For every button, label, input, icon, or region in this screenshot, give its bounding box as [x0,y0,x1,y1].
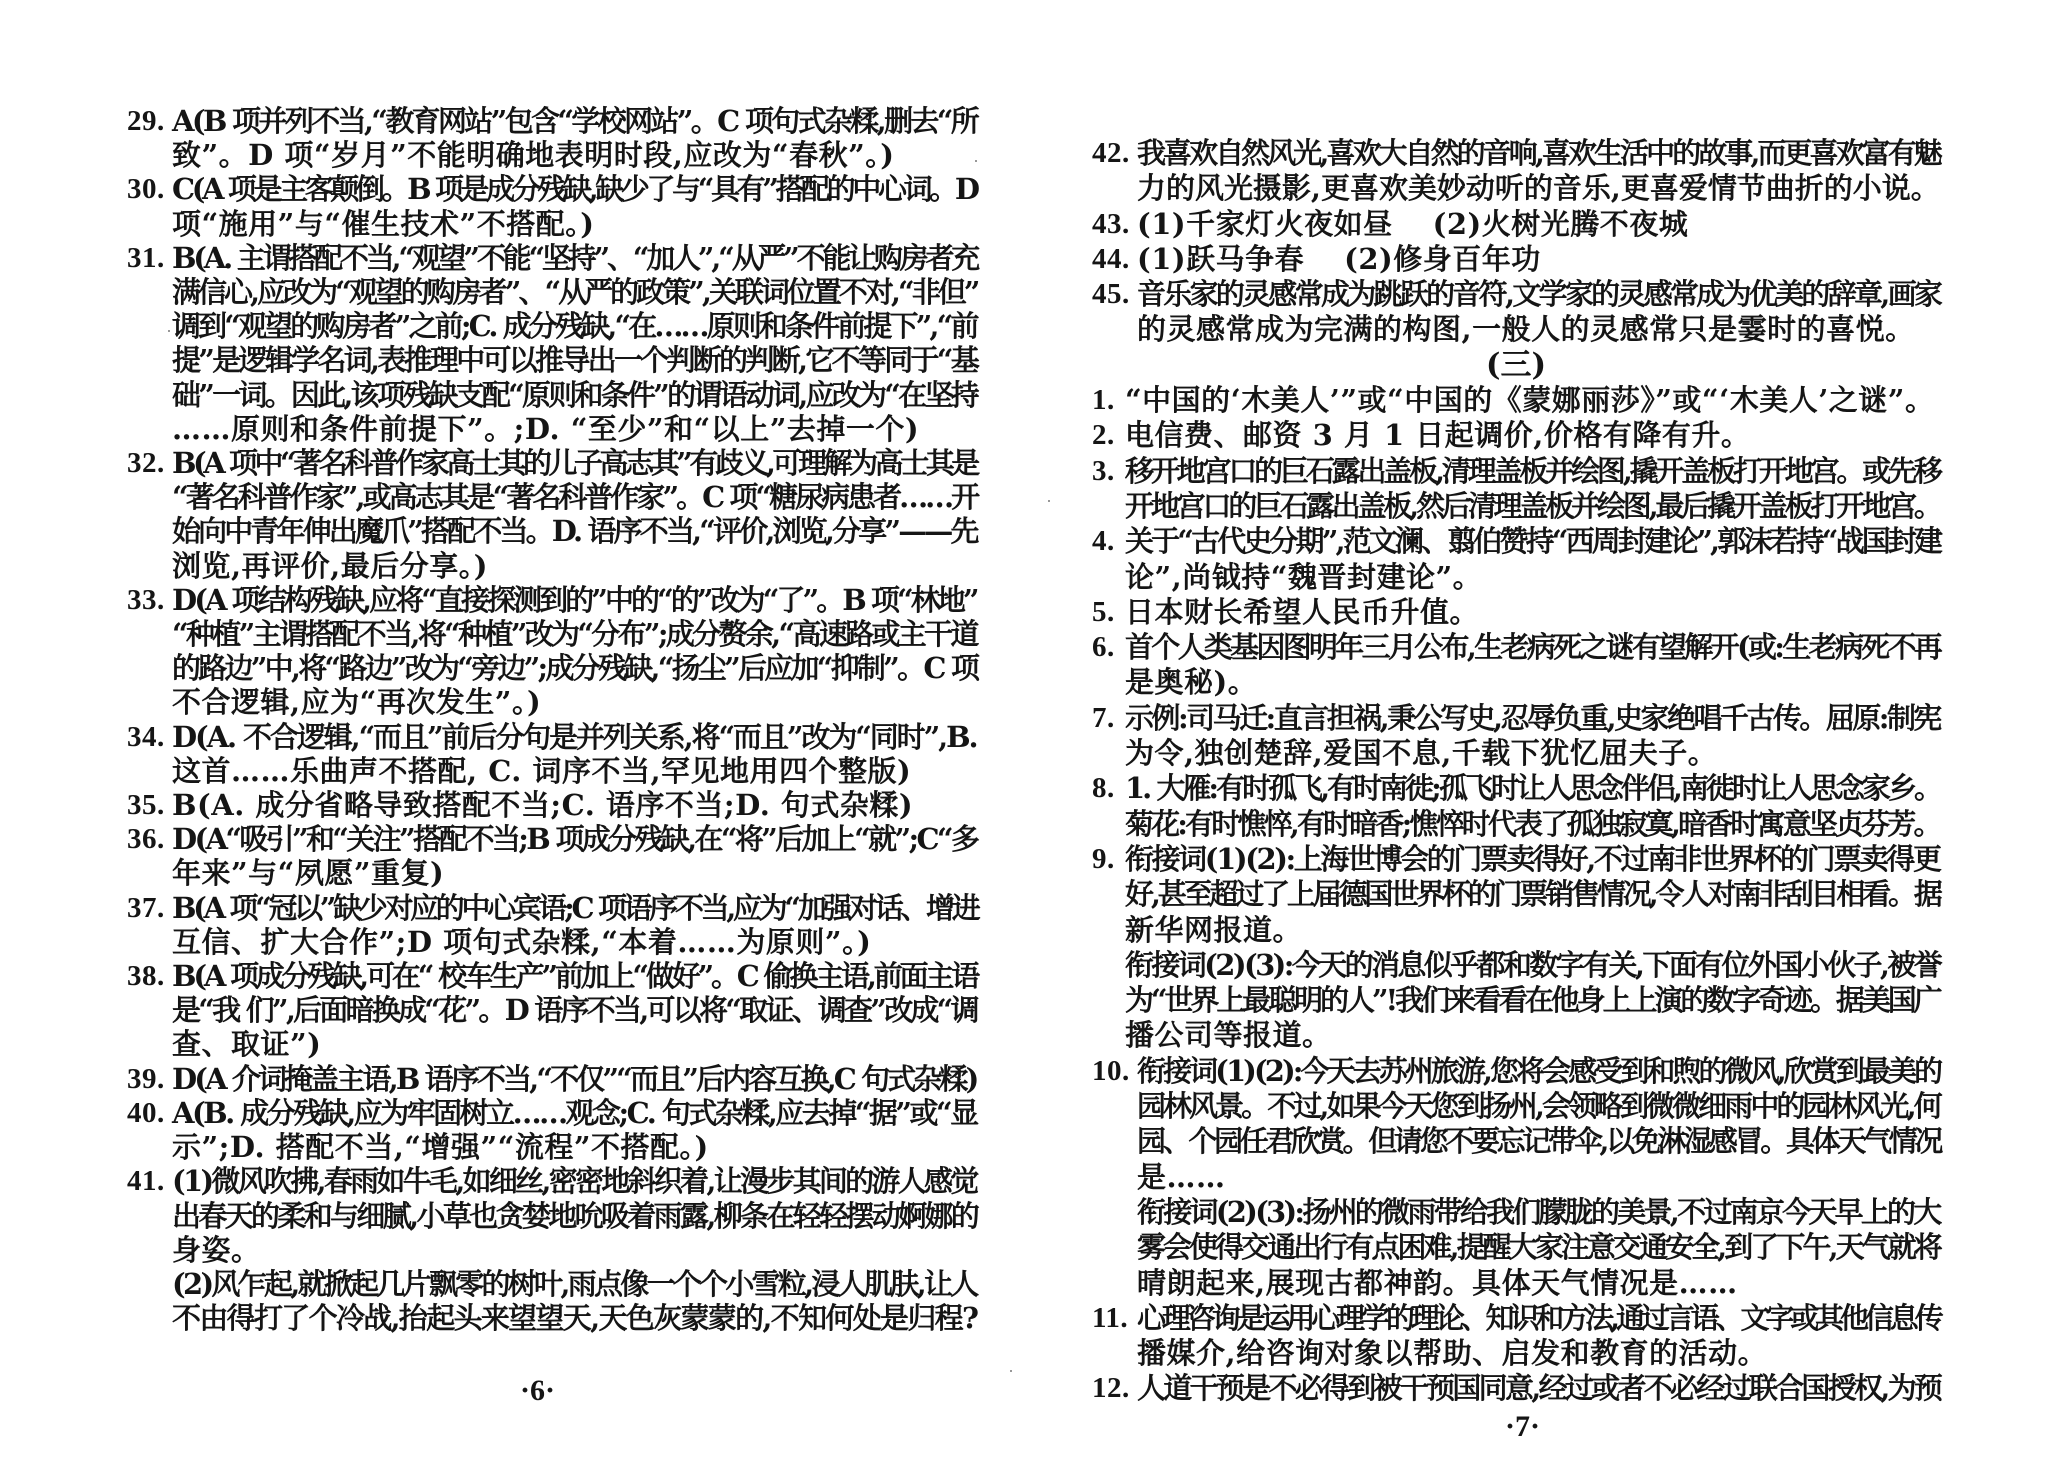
scan-speck [1010,1370,1012,1372]
text-line: 力的风光摄影,更喜欢美妙动听的音乐,更喜爱情节曲折的小说。 [1137,171,1940,206]
text-line: 示例:司马迁:直言担祸,秉公写史,忍辱负重,史家绝唱千古传。屈原:制宪 [1125,701,1940,736]
item-number: 9. [1092,842,1115,877]
answer-item: 7.示例:司马迁:直言担祸,秉公写史,忍辱负重,史家绝唱千古传。屈原:制宪为令,… [1092,701,1940,772]
item-number: 7. [1092,701,1115,736]
scan-speck [975,160,977,162]
text-line: 开地宫口的巨石露出盖板,然后清理盖板并绘图,最后撬开盖板打开地宫。 [1125,489,1940,524]
text-line: 衔接词(2)(3):今天的消息似乎都和数字有关,下面有位外国小伙子,被誉 [1125,948,1940,983]
answer-part: (2)火树光腾不夜城 [1433,207,1689,241]
text-line: 我喜欢自然风光,喜欢大自然的音响,喜欢生活中的故事,而更喜欢富有魅 [1137,136,1940,171]
item-text: 电信费、邮资 3 月 1 日起调价,价格有降有升。 [1125,418,1940,453]
text-line: 首个人类基因图明年三月公布,生老病死之谜有望解开(或:生老病死不再 [1125,630,1940,665]
answer-item: 6.首个人类基因图明年三月公布,生老病死之谜有望解开(或:生老病死不再是奥秘)。 [1092,630,1940,701]
item-text: 人道干预是不必得到被干预国同意,经过或者不必经过联合国授权,为预 [1137,1371,1940,1406]
text-line: 园、个园任君欣赏。但请您不要忘记带伞,以免淋湿感冒。具体天气情况 [1137,1124,1940,1159]
text-line: 衔接词(1)(2):今天去苏州旅游,您将会感受到和煦的微风,欣赏到最美的 [1137,1054,1940,1089]
item-text: “中国的‘木美人’”或“中国的《蒙娜丽莎》”或“‘木美人’之谜”。 [1125,383,1940,418]
item-number: 3. [1092,454,1115,489]
text-line: 电信费、邮资 3 月 1 日起调价,价格有降有升。 [1125,418,1940,453]
text-line: 移开地宫口的巨石露出盖板,清理盖板并绘图,撬开盖板打开地宫。或先移 [1125,454,1940,489]
text-line: 菊花:有时憔悴,有时暗香;憔悴时代表了孤独寂寞,暗香时寓意坚贞芬芳。 [1125,807,1940,842]
answer-part: (1)跃马争春 [1137,242,1304,276]
answer-part: (1)千家灯火夜如昼 [1137,207,1393,241]
text-line: 关于“古代史分期”,范文澜、翦伯赞持“西周封建论”,郭沫若持“战国封建 [1125,524,1940,559]
item-number: 42. [1092,136,1130,171]
item-text: 心理咨询是运用心理学的理论、知识和方法,通过言语、文字或其他信息传播媒介,给咨询… [1137,1301,1940,1372]
text-line: 为令,独创楚辞,爱国不息,千载下犹忆屈夫子。 [1125,736,1940,771]
answer-item: 3.移开地宫口的巨石露出盖板,清理盖板并绘图,撬开盖板打开地宫。或先移开地宫口的… [1092,454,1940,525]
item-text: 首个人类基因图明年三月公布,生老病死之谜有望解开(或:生老病死不再是奥秘)。 [1125,630,1940,701]
answer-part: (2)修身百年功 [1344,242,1541,276]
text-line: 论”,尚钺持“魏晋封建论”。 [1125,560,1940,595]
scan-speck [1048,500,1050,502]
text-line: 是奥秘)。 [1125,665,1940,700]
answer-item: 2.电信费、邮资 3 月 1 日起调价,价格有降有升。 [1092,418,1940,453]
item-number: 12. [1092,1371,1130,1406]
item-text: 关于“古代史分期”,范文澜、翦伯赞持“西周封建论”,郭沫若持“战国封建论”,尚钺… [1125,524,1940,595]
text-line: 1. 大雁:有时孤飞,有时南徙;孤飞时让人思念伴侣,南徙时让人思念家乡。 [1125,771,1940,806]
item-text: 日本财长希望人民币升值。 [1125,595,1940,630]
item-number: 44. [1092,242,1130,277]
item-number: 6. [1092,630,1115,665]
item-number: 4. [1092,524,1115,559]
text-line: 的灵感常成为完满的构图,一般人的灵感常只是霎时的喜悦。 [1137,312,1940,347]
item-text: (1)跃马争春(2)修身百年功 [1137,242,1940,277]
item-text: 我喜欢自然风光,喜欢大自然的音响,喜欢生活中的故事,而更喜欢富有魅力的风光摄影,… [1137,136,1940,207]
answer-item: 4.关于“古代史分期”,范文澜、翦伯赞持“西周封建论”,郭沫若持“战国封建论”,… [1092,524,1940,595]
text-line: 播媒介,给咨询对象以帮助、启发和教育的活动。 [1137,1336,1940,1371]
item-text: 1. 大雁:有时孤飞,有时南徙;孤飞时让人思念伴侣,南徙时让人思念家乡。菊花:有… [1125,771,1940,842]
answer-item: 43.(1)千家灯火夜如昼(2)火树光腾不夜城 [1092,207,1940,242]
text-line: (1)千家灯火夜如昼(2)火树光腾不夜城 [1137,207,1940,242]
text-line: 音乐家的灵感常成为跳跃的音符,文学家的灵感常成为优美的辞章,画家 [1137,277,1940,312]
page-7: 42.我喜欢自然风光,喜欢大自然的音响,喜欢生活中的故事,而更喜欢富有魅力的风光… [0,0,2063,1481]
text-line: 人道干预是不必得到被干预国同意,经过或者不必经过联合国授权,为预 [1137,1371,1940,1406]
text-line: 日本财长希望人民币升值。 [1125,595,1940,630]
text-line: 播公司等报道。 [1125,1018,1940,1053]
item-number: 11. [1092,1301,1128,1336]
item-text: 移开地宫口的巨石露出盖板,清理盖板并绘图,撬开盖板打开地宫。或先移开地宫口的巨石… [1125,454,1940,525]
answer-item: 44.(1)跃马争春(2)修身百年功 [1092,242,1940,277]
answer-item: 9.衔接词(1)(2):上海世博会的门票卖得好,不过南非世界杯的门票卖得更好,甚… [1092,842,1940,1054]
answer-item: 5.日本财长希望人民币升值。 [1092,595,1940,630]
scan-speck [168,330,170,332]
item-number: 8. [1092,771,1115,806]
page-number-7: ·7· [1505,1410,1540,1444]
item-number: 10. [1092,1054,1130,1089]
item-number: 1. [1092,383,1115,418]
item-text: 音乐家的灵感常成为跳跃的音符,文学家的灵感常成为优美的辞章,画家的灵感常成为完满… [1137,277,1940,348]
item-text: (1)千家灯火夜如昼(2)火树光腾不夜城 [1137,207,1940,242]
answer-item: 45.音乐家的灵感常成为跳跃的音符,文学家的灵感常成为优美的辞章,画家的灵感常成… [1092,277,1940,348]
item-number: 43. [1092,207,1130,242]
item-number: 45. [1092,277,1130,312]
text-line: 是…… [1137,1160,1940,1195]
text-line: 新华网报道。 [1125,913,1940,948]
text-line: “中国的‘木美人’”或“中国的《蒙娜丽莎》”或“‘木美人’之谜”。 [1125,383,1940,418]
text-line: 园林风景。不过,如果今天您到扬州,会领略到微微细雨中的园林风光,何 [1137,1089,1940,1124]
text-line: 衔接词(1)(2):上海世博会的门票卖得好,不过南非世界杯的门票卖得更 [1125,842,1940,877]
item-number: 2. [1092,418,1115,453]
answer-item: 8.1. 大雁:有时孤飞,有时南徙;孤飞时让人思念伴侣,南徙时让人思念家乡。菊花… [1092,771,1940,842]
text-line: 雾会使得交通出行有点困难,提醒大家注意交通安全,到了下午,天气就将 [1137,1230,1940,1265]
text-line: 心理咨询是运用心理学的理论、知识和方法,通过言语、文字或其他信息传 [1137,1301,1940,1336]
answer-column-right: 42.我喜欢自然风光,喜欢大自然的音响,喜欢生活中的故事,而更喜欢富有魅力的风光… [1092,136,1940,1407]
text-line: 衔接词(2)(3):扬州的微雨带给我们朦胧的美景,不过南京今天早上的大 [1137,1195,1940,1230]
text-line: 好,甚至超过了上届德国世界杯的门票销售情况,令人对南非刮目相看。据 [1125,877,1940,912]
section-heading: (三) [1092,348,1940,383]
item-number: 5. [1092,595,1115,630]
item-text: 示例:司马迁:直言担祸,秉公写史,忍辱负重,史家绝唱千古传。屈原:制宪为令,独创… [1125,701,1940,772]
item-text: 衔接词(1)(2):上海世博会的门票卖得好,不过南非世界杯的门票卖得更好,甚至超… [1125,842,1940,1054]
answer-item: 11.心理咨询是运用心理学的理论、知识和方法,通过言语、文字或其他信息传播媒介,… [1092,1301,1940,1372]
item-text: 衔接词(1)(2):今天去苏州旅游,您将会感受到和煦的微风,欣赏到最美的园林风景… [1137,1054,1940,1301]
answer-item: 10.衔接词(1)(2):今天去苏州旅游,您将会感受到和煦的微风,欣赏到最美的园… [1092,1054,1940,1301]
text-line: 晴朗起来,展现古都神韵。具体天气情况是…… [1137,1266,1940,1301]
answer-item: 12.人道干预是不必得到被干预国同意,经过或者不必经过联合国授权,为预 [1092,1371,1940,1406]
answer-item: 42.我喜欢自然风光,喜欢大自然的音响,喜欢生活中的故事,而更喜欢富有魅力的风光… [1092,136,1940,207]
text-line: (1)跃马争春(2)修身百年功 [1137,242,1940,277]
answer-item: 1.“中国的‘木美人’”或“中国的《蒙娜丽莎》”或“‘木美人’之谜”。 [1092,383,1940,418]
text-line: 为“世界上最聪明的人”!我们来看看在他身上上演的数字奇迹。据美国广 [1125,983,1940,1018]
